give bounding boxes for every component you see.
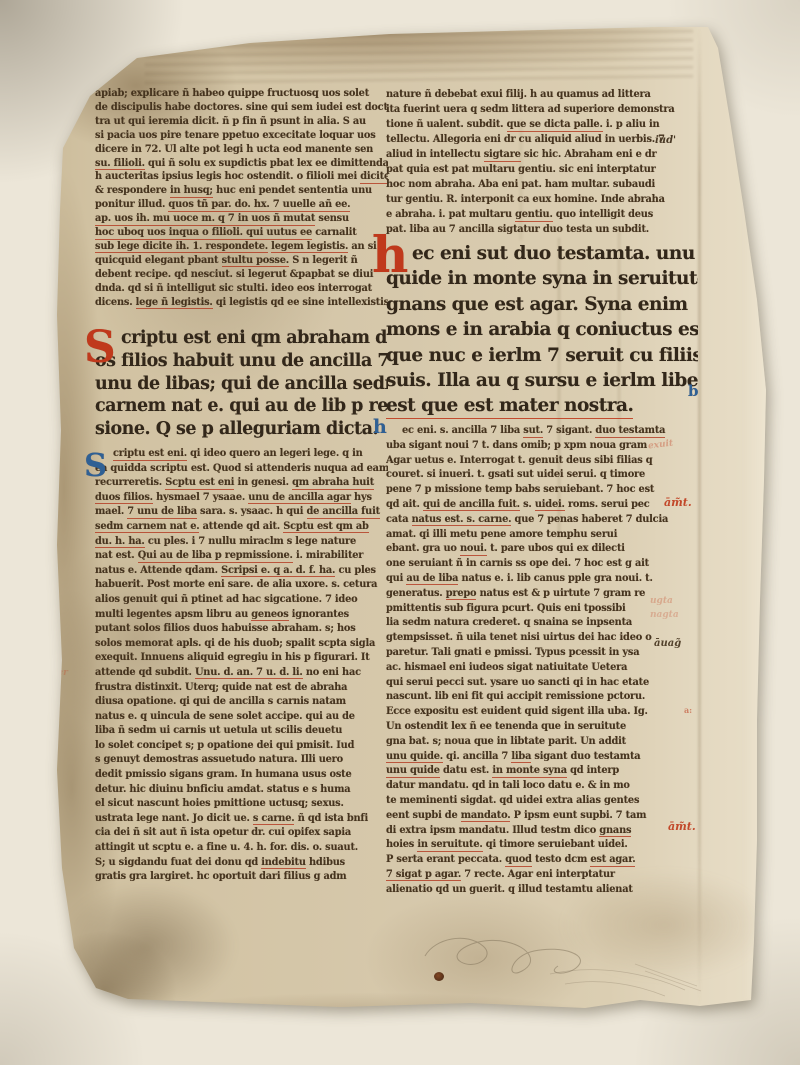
text-line: multi legentes apsm libru au geneos igno… xyxy=(95,608,388,623)
text-line: habuerit. Post morte eni sare. de alia u… xyxy=(95,578,388,593)
text-line: nascunt. lib eni fit qui accipit remissi… xyxy=(386,690,698,705)
blue-margin-letter-b: b xyxy=(688,384,699,399)
text-line: qui serui pecci sut. ysare uo sancti qi … xyxy=(386,676,698,691)
text-line: quide in monte syna in seruitute xyxy=(386,266,698,291)
text-line: gnans que est agar. Syna enim xyxy=(386,292,698,317)
text-line: alios genuit qui ñ ptinet ad hac sigcati… xyxy=(95,593,388,608)
photo-backdrop: apiab; explicare ñ habeo quippe fructuos… xyxy=(0,0,800,1065)
text-line: criptu est eni. qi ideo quero an legeri … xyxy=(95,447,388,462)
text-line: sione. Q se p alleguriam dicta. xyxy=(95,418,388,441)
text-line: amat. qi illi metu pene amore temphu ser… xyxy=(386,528,698,543)
text-line: cata natus est. s. carne. que 7 penas ha… xyxy=(386,513,698,528)
text-line: couret. si inueri. t. gsati sut uidei se… xyxy=(386,468,698,483)
text-line: cia dei ñ sit aut ñ ista opetur dr. cui … xyxy=(95,826,388,841)
text-line: duos filios. hysmael 7 ysaae. unu de anc… xyxy=(95,491,388,506)
parchment-leaf: apiab; explicare ñ habeo quippe fructuos… xyxy=(0,0,800,1065)
inverted-shelfmark: M.L.C 32 xyxy=(660,1020,730,1042)
text-line: os filios habuit unu de ancilla 7 xyxy=(95,350,388,373)
text-line: te meminenti sigdat. qd uidei extra alia… xyxy=(386,794,698,809)
faded-rubric-margin-note: nagta xyxy=(650,610,679,620)
text-line: debent recipe. qd nesciut. si legerut &p… xyxy=(95,268,388,282)
text-line: & respondere in husq; huc eni pendet sen… xyxy=(95,184,388,198)
text-line: ebant. gra uo noui. t. pare ubos qui ex … xyxy=(386,542,698,557)
text-line: ea quidda scriptu est. Quod si attenderi… xyxy=(95,462,388,477)
rubric-margin-note-ambr: ām̃t. xyxy=(668,820,696,833)
right-column-gloss-bottom: ec eni. s. ancilla 7 liba sut. 7 sigant.… xyxy=(386,424,698,898)
vertical-fold-line xyxy=(698,28,701,1006)
margin-note-aug: āuag̃ xyxy=(654,638,681,649)
text-line: di extra ipsm mandatu. Illud testm dico … xyxy=(386,824,698,839)
text-line: ec eni. s. ancilla 7 liba sut. 7 sigant.… xyxy=(386,424,698,439)
text-line: mael. 7 unu de liba sara. s. ysaac. h qu… xyxy=(95,505,388,520)
text-line: attingit ut scptu e. a fine u. 4. h. for… xyxy=(95,841,388,856)
text-line: ustrata lege nant. Jo dicit ue. s carne.… xyxy=(95,812,388,827)
rubric-margin-note-ambr: ām̃t. xyxy=(664,496,692,509)
text-line: ponitur illud. quos tñ par. do. hx. 7 uu… xyxy=(95,198,388,212)
ink-bleedthrough-top xyxy=(145,30,693,91)
text-line: exequit. Innuens aliquid egregiu in his … xyxy=(95,651,388,666)
deckle-edge-highlight xyxy=(742,50,772,1000)
text-line: ita fuerint uera q sedm littera ad super… xyxy=(386,102,698,117)
shelfmark-line: 32 xyxy=(660,1020,730,1031)
text-line: natus e. q uincula de sene solet accipe.… xyxy=(95,710,388,725)
right-column-gloss-top: nature ñ debebat exui filij. h au quamus… xyxy=(386,87,698,237)
small-red-margin-mark: a: xyxy=(684,705,692,715)
text-line: hoies in seruitute. qi timore seruiebant… xyxy=(386,838,698,853)
stain-bottom-left xyxy=(70,880,240,1000)
text-line: frustra distinxit. Uterq; quide nat est … xyxy=(95,681,388,696)
text-line: que nuc e ierlm 7 seruit cu filiis xyxy=(386,343,698,368)
left-column-gloss-top: apiab; explicare ñ habeo quippe fructuos… xyxy=(95,87,388,310)
text-line: diusa opatione. qi qui de ancilla s carn… xyxy=(95,695,388,710)
text-line: sedm carnem nat e. attende qd ait. Scptu… xyxy=(95,520,388,535)
text-line: solos memorat apls. qi de his duob; spal… xyxy=(95,637,388,652)
red-initial-s: S xyxy=(84,326,116,370)
text-line: dnda. qd si ñ intelligut sic stulti. ide… xyxy=(95,282,388,296)
text-line: unu quide datu est. in monte syna qd int… xyxy=(386,764,698,779)
blue-initial-h: h xyxy=(373,418,387,437)
text-line: attende qd subdit. Unu. d. an. 7 u. d. l… xyxy=(95,666,388,681)
text-line: ec eni sut duo testamta. unu xyxy=(386,241,698,266)
text-line: gtempsisset. ñ uila tenet nisi uirtus de… xyxy=(386,631,698,646)
text-line: tra ut qui ieremia dicit. ñ p fin ñ psun… xyxy=(95,115,388,129)
text-line: qui au de liba natus e. i. lib canus ppl… xyxy=(386,572,698,587)
text-line: aliud in intellectu sigtare sic hic. Abr… xyxy=(386,147,698,162)
ink-spot xyxy=(434,972,444,981)
text-line: S; u sigdandu fuat dei donu qd indebitu … xyxy=(95,856,388,871)
text-line: alienatio qd un guerit. q illud testamtu… xyxy=(386,883,698,898)
text-line: detur. hic diuinu bnficiu amdat. status … xyxy=(95,783,388,798)
text-line: unu quide. qi. ancilla 7 liba sigant duo… xyxy=(386,750,698,765)
text-line: h aucteritas ipsius legis hoc ostendit. … xyxy=(95,170,388,184)
text-line: dedit pmissio sigans gram. In humana usu… xyxy=(95,768,388,783)
text-line: s genuyt demostras assuetudo natura. Ill… xyxy=(95,753,388,768)
text-line: nat est. Qui au de liba p repmissione. i… xyxy=(95,549,388,564)
text-line: gratis gra largiret. hc oportuit dari fi… xyxy=(95,870,388,885)
text-line: dicens. lege ñ legistis. qi legistis qd … xyxy=(95,296,388,310)
text-line: natus e. Attende qdam. Scripsi e. q a. d… xyxy=(95,564,388,579)
text-line: lo solet concipet s; p opatione dei qui … xyxy=(95,739,388,754)
text-line: su. filioli. qui ñ solu ex supdictis pba… xyxy=(95,157,388,171)
margin-note-iud: iud' xyxy=(655,135,676,146)
text-line: si pacia uos pire tenare ppetuo excecita… xyxy=(95,129,388,143)
text-line: quicquid elegant pbant stultu posse. S n… xyxy=(95,254,388,268)
text-line: paretur. Tali gnati e pmissi. Typus pces… xyxy=(386,646,698,661)
text-line: eent supbi de mandato. P ipsm eunt supbi… xyxy=(386,809,698,824)
text-line: suis. Illa au q sursu e ierlm libera xyxy=(386,368,698,393)
pencil-scribble xyxy=(395,912,715,997)
text-line: mons e in arabia q coniuctus est ei xyxy=(386,317,698,342)
text-line: dicere in 72. Ul alte pot legi h ucta eo… xyxy=(95,143,388,157)
text-line: Agar uetus e. Interrogat t. genuit deus … xyxy=(386,454,698,469)
text-line: putant solos filios duos habuisse abraha… xyxy=(95,622,388,637)
text-line: tur gentiu. R. interponit ca eux homine.… xyxy=(386,192,698,207)
faded-rubric-margin-note: ugta xyxy=(650,596,673,606)
text-line: apiab; explicare ñ habeo quippe fructuos… xyxy=(95,87,388,101)
text-line: pat quia est pat multaru gentiu. sic eni… xyxy=(386,162,698,177)
text-line: pat. liba au 7 ancilla sigtatur duo test… xyxy=(386,222,698,237)
text-line: one seruiant ñ in carnis ss ope dei. 7 h… xyxy=(386,557,698,572)
text-line: criptu est eni qm abraham du xyxy=(95,327,388,350)
text-line: P serta erant peccata. quod testo dcm es… xyxy=(386,853,698,868)
text-line: ap. uos ih. mu uoce m. q 7 in uos ñ muta… xyxy=(95,212,388,226)
text-line: datur mandatu. qd in tali loco datu e. &… xyxy=(386,779,698,794)
text-line: nature ñ debebat exui filij. h au quamus… xyxy=(386,87,698,102)
text-line: Ecce expositu est euident quid sigent il… xyxy=(386,705,698,720)
text-line: el sicut nascunt hoies pmittione uctusq;… xyxy=(95,797,388,812)
blue-initial-s: S xyxy=(84,449,107,481)
left-column-bible-text: criptu est eni qm abraham duos filios ha… xyxy=(95,327,388,441)
text-line: qd ait. qui de ancilla fuit. s. uidei. r… xyxy=(386,498,698,513)
text-line: liba ñ sedm ui carnis ut uetula ut scili… xyxy=(95,724,388,739)
text-line: hoc uboq uos inqua o filioli. qui uutus … xyxy=(95,226,388,240)
text-line: recurreretis. Scptu est eni in genesi. q… xyxy=(95,476,388,491)
faded-left-margin-note: ier xyxy=(54,668,68,678)
text-line: e abraha. i. pat multaru gentiu. quo int… xyxy=(386,207,698,222)
text-line: sub lege dicite ih. 1. respondete. legem… xyxy=(95,240,388,254)
left-column-gloss-bottom: criptu est eni. qi ideo quero an legeri … xyxy=(95,447,388,885)
text-line: ac. hismael eni iudeos sigat natiuitate … xyxy=(386,661,698,676)
text-line: tione ñ ualent. subdit. que se dicta pal… xyxy=(386,117,698,132)
text-line: est que est mater nostra. xyxy=(386,393,698,418)
text-line: hoc nom abraha. Aba eni pat. ham multar.… xyxy=(386,177,698,192)
text-line: unu de libas; qui de ancilla sedm xyxy=(95,373,388,396)
text-line: Un ostendit lex ñ ee tenenda que in seru… xyxy=(386,720,698,735)
shelfmark-line: M.L.C xyxy=(660,1031,730,1042)
text-line: carnem nat e. qui au de lib p repmi xyxy=(95,395,388,418)
text-line: tellectu. Allegoria eni dr cu aliquid al… xyxy=(386,132,698,147)
red-initial-h: h xyxy=(372,230,408,280)
text-line: gna bat. s; noua que in libtate parit. U… xyxy=(386,735,698,750)
text-line: 7 sigat p agar. 7 recte. Agar eni interp… xyxy=(386,868,698,883)
right-column-bible-text: ec eni sut duo testamta. unuquide in mon… xyxy=(386,241,698,419)
text-line: du. h. ha. cu ples. i 7 nullu miraclm s … xyxy=(95,535,388,550)
text-line: de discipulis habe doctores. sine qui se… xyxy=(95,101,388,115)
text-line: pene 7 p missione temp babs seruiebant. … xyxy=(386,483,698,498)
leaf-shadow-wrap: apiab; explicare ñ habeo quippe fructuos… xyxy=(0,0,800,1065)
